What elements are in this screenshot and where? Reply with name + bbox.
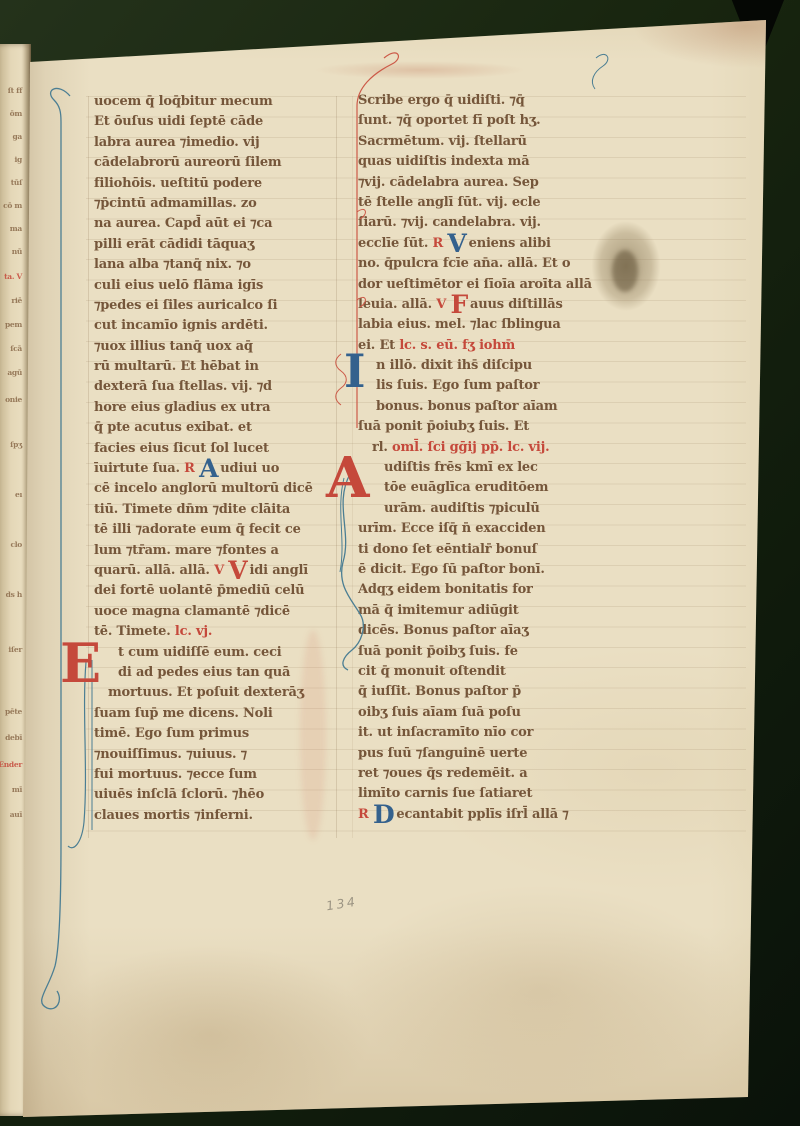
text-line: bonus. bonus paſtor aīam (358, 397, 634, 417)
body-text: hore eius gladius ex utra (94, 400, 270, 415)
body-text: auus diſtillās (470, 297, 563, 312)
text-line: ret ⁊oues q̄s redemēit. a (358, 764, 634, 784)
body-text: rl. (372, 440, 392, 455)
cropped-text-fragment: ſt ff (8, 86, 22, 95)
text-line: lum ⁊tr̄am. mare ⁊fontes a (94, 541, 350, 561)
body-text: ecantabit pplīs iſrl̄ allā ⁊ (396, 807, 568, 822)
rubric-text: R (432, 236, 447, 251)
text-line: q̄ iuſſit. Bonus paſtor p̄ (358, 682, 634, 702)
text-line: ſunt. ⁊q̄ oportet fī poſt hʒ. (358, 111, 634, 131)
text-line: no. q̄pulcra fcīe an̄a. allā. Et o (358, 254, 634, 274)
body-text: ret ⁊oues q̄s redemēit. a (358, 766, 527, 781)
cropped-text-fragment: tūſ (11, 178, 22, 187)
cropped-text-fragment: clo (10, 540, 22, 549)
body-text: timē. Ego ſum primus (94, 726, 249, 741)
rubric-text: R (358, 807, 373, 822)
text-line: ſuā ponit p̄oibʒ ſuis. fe (358, 642, 634, 662)
text-line: ei. Et lc. s. eū. fʒ iohm̄ (358, 336, 634, 356)
body-text: ti dono ſet eēntialr̄ bonuſ (358, 542, 537, 557)
cropped-text-fragment: ma (10, 224, 22, 233)
text-line: tē illi ⁊adorate eum q̄ fecit ce (94, 520, 350, 540)
text-line: na aurea. Capd̄ aūt ei ⁊ca (94, 214, 350, 234)
text-line: labra aurea ⁊imedio. vij (94, 133, 350, 153)
body-text: tōe euāglīca eruditōem (384, 480, 548, 495)
text-line: ⁊vij. cādelabra aurea. Sep (358, 173, 634, 193)
text-line: mā q̄ imitemur adiūgit (358, 601, 634, 621)
inline-initial: D (373, 800, 396, 829)
column-right: Scribe ergo q̄ uidiſti. ⁊q̄ſunt. ⁊q̄ opo… (358, 91, 634, 825)
cropped-text-fragment: ōm (10, 109, 22, 118)
rubric-text: oml̄. ſci gḡij pp̄. lc. vij. (392, 440, 549, 455)
body-text: tiū. Timete dn̄m ⁊dite clāita (94, 502, 290, 517)
ink-offset-ghost (300, 630, 326, 840)
body-text: cit q̄ monuit oſtendit (358, 664, 506, 679)
text-line: īuirtute ſua. R Audiui uo (94, 459, 350, 479)
text-line: cādelabrorū aureorū ſilem (94, 153, 350, 173)
cropped-text-fragment: debī (5, 733, 22, 742)
text-line: facies eius ſicut ſol lucet (94, 439, 350, 459)
text-line: uoce magna clamantē ⁊dicē (94, 602, 350, 622)
cropped-text-fragment: cō m (3, 201, 22, 210)
cropped-text-fragment: auī (10, 810, 22, 819)
text-line: cut incamīo ignis ardēti. (94, 316, 350, 336)
body-text: tē illi ⁊adorate eum q̄ fecit ce (94, 522, 301, 537)
cropped-text-fragment: ga (12, 132, 22, 141)
body-text: uiuēs inſclā ſclorū. ⁊hēo (94, 787, 264, 802)
body-text: pilli erāt cādidi tāquaʒ (94, 237, 254, 252)
text-line: quarū. allā. allā. V Vidi anglī (94, 561, 350, 581)
body-text: it. ut inſacramīto nīo cor (358, 725, 533, 740)
rubric-text: V (436, 297, 450, 312)
text-line: pus ſuū ⁊ſanguinē uerte (358, 744, 634, 764)
body-text: Et ōuſus uidi ſeptē cāde (94, 114, 263, 129)
text-line: limīto carnis ſue ſatiaret (358, 784, 634, 804)
vertical-rule (88, 96, 89, 838)
body-text: dor ueſtimētor ei ſīoīa aroīta allā (358, 277, 592, 292)
body-text: eniens alibi (469, 236, 551, 251)
text-line: it. ut inſacramīto nīo cor (358, 723, 634, 743)
body-text: facies eius ſicut ſol lucet (94, 441, 269, 456)
illuminated-initial-i: I (344, 348, 366, 394)
body-text: q̄ pte acutus exibat. et (94, 420, 252, 435)
cropped-text-fragment: pem (5, 320, 22, 329)
body-text: urām. audiſtis ⁊piculū (384, 501, 540, 516)
body-text: q̄ iuſſit. Bonus paſtor p̄ (358, 684, 521, 699)
body-text: ſuā ponit p̄oibʒ ſuis. fe (358, 644, 518, 659)
body-text: urīm. Ecce iſq̄ n̄ exacciden (358, 521, 546, 536)
text-line: pilli erāt cādidi tāquaʒ (94, 235, 350, 255)
text-line: ⁊p̄cintū admamillas. zo (94, 194, 350, 214)
text-line: cit q̄ monuit oſtendit (358, 662, 634, 682)
text-line: n illō. dixit ihs̄ diſcipu (358, 356, 634, 376)
text-line: Sacrmētum. vij. ſtellarū (358, 132, 634, 152)
body-text: Sacrmētum. vij. ſtellarū (358, 134, 527, 149)
cropped-text-fragment: iſer (8, 645, 22, 654)
text-line: q̄ pte acutus exibat. et (94, 418, 350, 438)
text-line: quas uidiſtis indexta mā (358, 152, 634, 172)
body-text: leuia. allā. (358, 297, 436, 312)
text-line: ſuā ponit p̄oiubʒ ſuis. Et (358, 417, 634, 437)
text-line: labia eius. mel. ⁊lac ſblingua (358, 315, 634, 335)
body-text: rū multarū. Et hēbat in (94, 359, 259, 374)
body-text: tē ſtelle anglī ſūt. vij. ecle (358, 195, 540, 210)
body-text: ſuam ſup̄ me dicens. Noli (94, 706, 273, 721)
body-text: lum ⁊tr̄am. mare ⁊fontes a (94, 543, 279, 558)
text-line: lis ſuis. Ego ſum paſtor (358, 376, 634, 396)
text-line: lana alba ⁊tanq̄ nix. ⁊o (94, 255, 350, 275)
text-line: ſiarū. ⁊vij. candelabra. vij. (358, 213, 634, 233)
text-line: cē incelo anglorū multorū dicē (94, 479, 350, 499)
text-line: dei fortē uolantē p̄mediū celū (94, 581, 350, 601)
body-text: quarū. allā. allā. (94, 563, 214, 578)
body-text: na aurea. Capd̄ aūt ei ⁊ca (94, 216, 272, 231)
top-curl (592, 54, 607, 89)
body-text: mā q̄ imitemur adiūgit (358, 603, 519, 618)
body-text: udiui uo (220, 461, 279, 476)
body-text: t cum uidiſſē eum. ceci (118, 645, 282, 660)
body-text: ⁊vij. cādelabra aurea. Sep (358, 175, 539, 190)
cropped-text-fragment: ſcā (10, 344, 22, 353)
body-text: ⁊uox illius tanq̄ uox aq̄ (94, 339, 253, 354)
body-text: Scribe ergo q̄ uidiſti. ⁊q̄ (358, 93, 525, 108)
text-line: urīm. Ecce iſq̄ n̄ exacciden (358, 519, 634, 539)
body-text: cē incelo anglorū multorū dicē (94, 481, 313, 496)
body-text: labia eius. mel. ⁊lac ſblingua (358, 317, 561, 332)
manuscript-photo: ſt ffōmgaigtūſcō mmanūta. Vriēpemſcāagūo… (0, 0, 800, 1126)
body-text: ſuā ponit p̄oiubʒ ſuis. Et (358, 419, 529, 434)
parchment-page: uocem q̄ loq̄bitur mecumEt ōuſus uidi ſe… (0, 0, 800, 1126)
cropped-text-fragment: agū (7, 368, 22, 377)
body-text: labra aurea ⁊imedio. vij (94, 135, 260, 150)
cropped-text-fragment: riē (11, 296, 22, 305)
text-line: leuia. allā. V Fauus diſtillās (358, 295, 634, 315)
text-line: rū multarū. Et hēbat in (94, 357, 350, 377)
body-text: ecclīe ſūt. (358, 236, 432, 251)
cropped-text-fragment: ig (15, 155, 23, 164)
body-text: claues mortis ⁊inferni. (94, 808, 253, 823)
body-text: Adqʒ eidem bonitatis for (358, 582, 533, 597)
illuminated-initial-e: E (60, 636, 101, 690)
cropped-text-fragment: ta. V (4, 272, 22, 281)
text-line: tiū. Timete dn̄m ⁊dite clāita (94, 500, 350, 520)
body-text: ē dicit. Ego ſū paſtor bonī. (358, 562, 545, 577)
body-text: culi eius uelō flāma igīs (94, 278, 263, 293)
body-text: ſunt. ⁊q̄ oportet fī poſt hʒ. (358, 113, 540, 128)
text-line: dexterā ſua ſtellas. vij. ⁊d (94, 377, 350, 397)
text-line: filiohōis. ueſtitū podere (94, 174, 350, 194)
body-text: udiſtis frēs kmī ex lec (384, 460, 538, 475)
body-text: uoce magna clamantē ⁊dicē (94, 604, 290, 619)
text-line: udiſtis frēs kmī ex lec (358, 458, 634, 478)
text-line: ē dicit. Ego ſū paſtor bonī. (358, 560, 634, 580)
body-text: dexterā ſua ſtellas. vij. ⁊d (94, 379, 272, 394)
text-line: hore eius gladius ex utra (94, 398, 350, 418)
text-line: oibʒ ſuis aīam ſuā poſu (358, 703, 634, 723)
body-text: filiohōis. ueſtitū podere (94, 176, 262, 191)
body-text: īuirtute ſua. (94, 461, 184, 476)
body-text: mortuus. Et poſuit dexterāʒ (108, 685, 304, 700)
rubric-text: lc. vj. (175, 624, 212, 639)
text-line: urām. audiſtis ⁊piculū (358, 499, 634, 519)
body-text: oibʒ ſuis aīam ſuā poſu (358, 705, 521, 720)
text-line: dor ueſtimētor ei ſīoīa aroīta allā (358, 275, 634, 295)
rubric-text: lc. s. eū. fʒ iohm̄ (399, 338, 515, 353)
pencil-folio-number: 134 (325, 894, 358, 914)
body-text: fui mortuus. ⁊ecce ſum (94, 767, 257, 782)
body-text: idi anglī (250, 563, 309, 578)
rubric-text: V (214, 563, 228, 578)
body-text: cut incamīo ignis ardēti. (94, 318, 268, 333)
text-line: ⁊pedes ei ſiles auricalco ſi (94, 296, 350, 316)
illuminated-initial-a: A (326, 450, 369, 506)
text-line: tōe euāglīca eruditōem (358, 478, 634, 498)
cropped-text-fragment: eı (15, 490, 22, 499)
body-text: di ad pedes eius tan quā (118, 665, 290, 680)
text-line: ti dono ſet eēntialr̄ bonuſ (358, 540, 634, 560)
cropped-text-fragment: nū (12, 247, 22, 256)
cropped-text-fragment: mī (12, 785, 22, 794)
cropped-text-fragment: ſpʒ (10, 440, 22, 449)
text-line: culi eius uelō flāma igīs (94, 276, 350, 296)
text-line: uocem q̄ loq̄bitur mecum (94, 92, 350, 112)
body-text: lis ſuis. Ego ſum paſtor (376, 378, 539, 393)
body-text: cādelabrorū aureorū ſilem (94, 155, 282, 170)
text-line: Scribe ergo q̄ uidiſti. ⁊q̄ (358, 91, 634, 111)
body-text: ⁊pedes ei ſiles auricalco ſi (94, 298, 277, 313)
rubric-text: R (184, 461, 199, 476)
body-text: dei fortē uolantē p̄mediū celū (94, 583, 304, 598)
text-line: ⁊uox illius tanq̄ uox aq̄ (94, 337, 350, 357)
text-line: Et ōuſus uidi ſeptē cāde (94, 112, 350, 132)
text-line: ecclīe ſūt. R Veniens alibi (358, 234, 634, 254)
text-line: Adqʒ eidem bonitatis for (358, 580, 634, 600)
text-line: tē ſtelle anglī ſūt. vij. ecle (358, 193, 634, 213)
text-line: dicēs. Bonus paſtor aīaʒ (358, 621, 634, 641)
body-text: ⁊nouiſſimus. ⁊uiuus. ⁊ (94, 747, 247, 762)
body-text: dicēs. Bonus paſtor aīaʒ (358, 623, 529, 638)
body-text: bonus. bonus paſtor aīam (376, 399, 557, 414)
cropped-text-fragment: Ender (0, 760, 22, 769)
body-text: ⁊p̄cintū admamillas. zo (94, 196, 257, 211)
body-text: uocem q̄ loq̄bitur mecum (94, 94, 273, 109)
blue-marginal-flourish (42, 88, 70, 1008)
cropped-text-fragment: onie (5, 395, 22, 404)
cropped-text-fragment: ds h (6, 590, 22, 599)
text-line: R Decantabit pplīs iſrl̄ allā ⁊ (358, 805, 634, 825)
body-text: lana alba ⁊tanq̄ nix. ⁊o (94, 257, 251, 272)
cropped-text-fragment: pēte (5, 707, 22, 716)
body-text: quas uidiſtis indexta mā (358, 154, 529, 169)
body-text: tē. Timete. (94, 624, 175, 639)
parchment-stain (612, 250, 638, 292)
body-text: no. q̄pulcra fcīe an̄a. allā. Et o (358, 256, 570, 271)
body-text: n illō. dixit ihs̄ diſcipu (376, 358, 532, 373)
text-line: rl. oml̄. ſci gḡij pp̄. lc. vij. (358, 438, 634, 458)
body-text: pus ſuū ⁊ſanguinē uerte (358, 746, 527, 761)
